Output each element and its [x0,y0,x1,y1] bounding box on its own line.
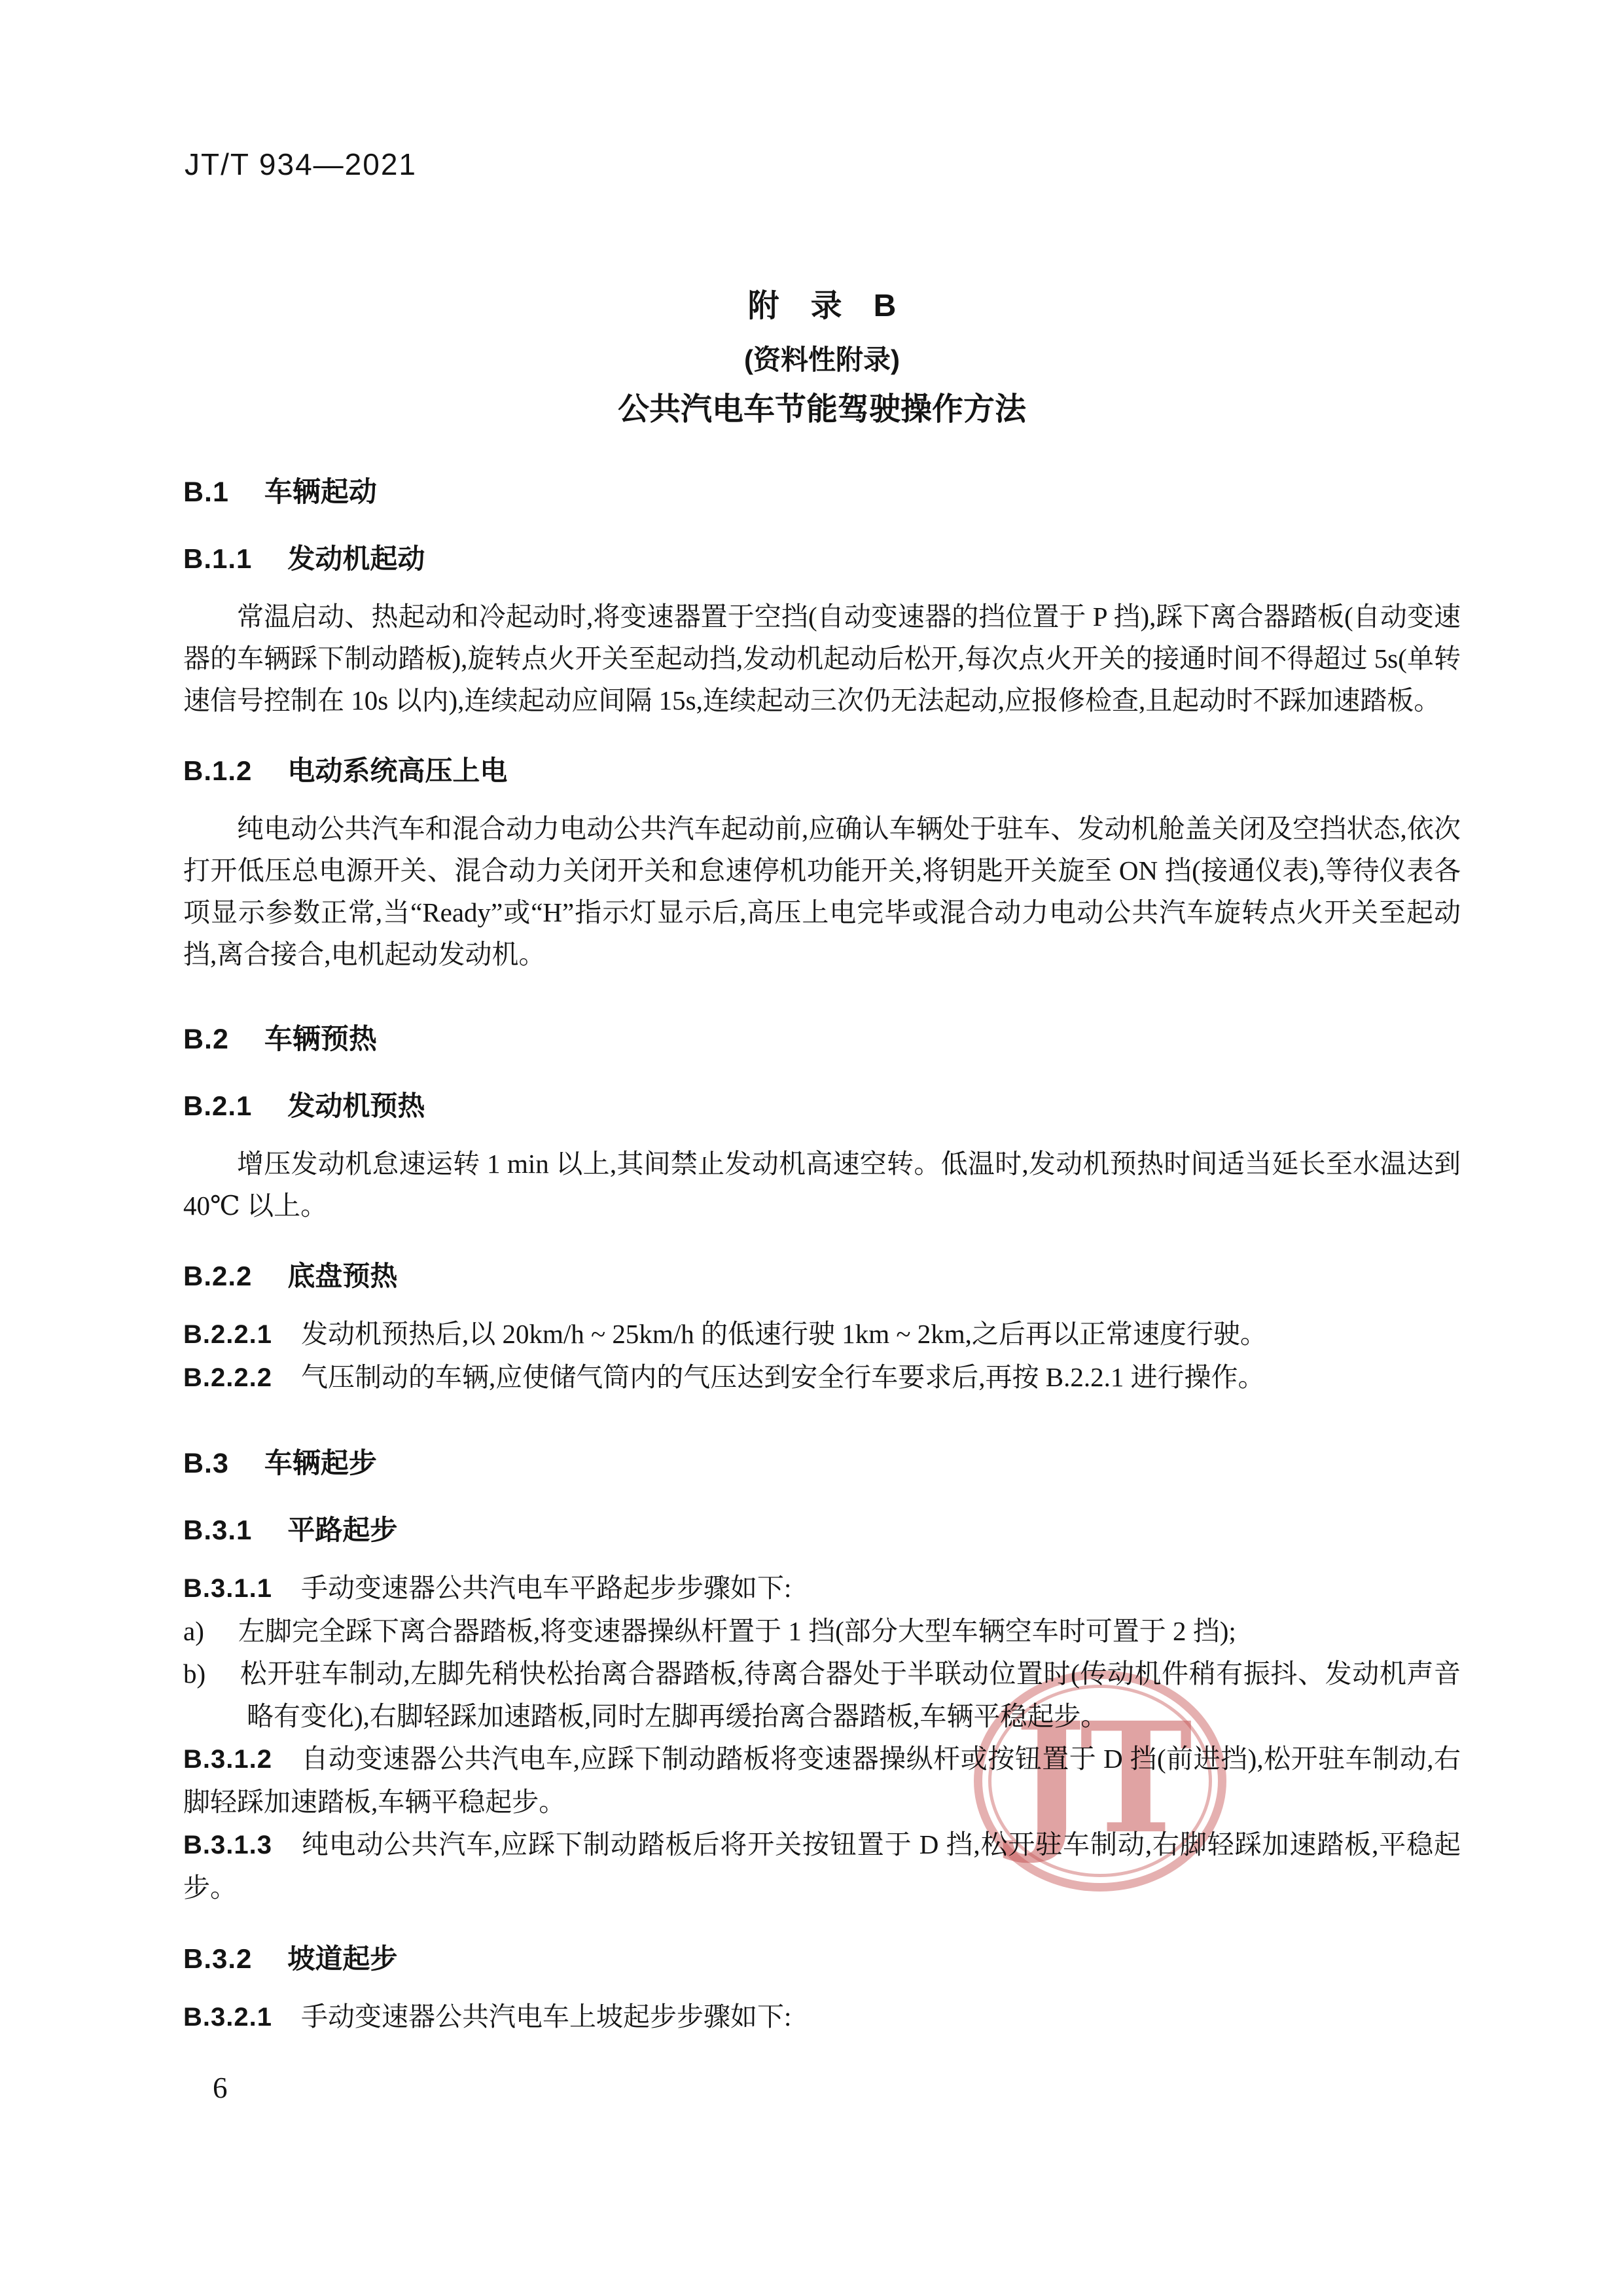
clause-block-b3-2: B.3.2.1手动变速器公共汽电车上坡起步步骤如下: [183,1996,1461,2039]
heading-b3-2-title: 坡道起步 [287,1943,397,1974]
clause-b3-1-2-text: 自动变速器公共汽电车,应踩下制动踏板将变速器操纵杆或按钮置于 D 挡(前进挡),… [183,1744,1461,1817]
heading-b2-1-title: 发动机预热 [287,1090,425,1121]
paragraph-b1-2: 纯电动公共汽车和混合动力电动公共汽车起动前,应确认车辆处于驻车、发动机舱盖关闭及… [183,808,1461,975]
clause-b2-2-2-number: B.2.2.2 [183,1363,272,1392]
paragraph-b2-1: 增压发动机怠速运转 1 min 以上,其间禁止发动机高速空转。低温时,发动机预热… [183,1143,1461,1227]
clause-b3-1-1: B.3.1.1手动变速器公共汽电车平路起步步骤如下: [183,1567,1461,1610]
appendix-subject: 公共汽电车节能驾驶操作方法 [183,391,1461,428]
clause-b3-1-2: B.3.1.2自动变速器公共汽电车,应踩下制动踏板将变速器操纵杆或按钮置于 D … [183,1738,1461,1823]
clause-b3-1-1-text: 手动变速器公共汽电车平路起步步骤如下: [301,1573,791,1603]
heading-b1-1-number: B.1.1 [183,543,252,574]
heading-b3-2-number: B.3.2 [183,1943,252,1974]
clause-block-b2-2: B.2.2.1发动机预热后,以 20km/h ~ 25km/h 的低速行驶 1k… [183,1313,1461,1399]
heading-b3-1-number: B.3.1 [183,1515,252,1545]
appendix-title-block: 附 录 B (资料性附录) 公共汽电车节能驾驶操作方法 [183,288,1461,428]
clause-b3-2-1: B.3.2.1手动变速器公共汽电车上坡起步步骤如下: [183,1996,1461,2039]
heading-b2: B.2车辆预热 [183,1022,1461,1056]
clause-b3-1-2-number: B.3.1.2 [183,1745,272,1774]
heading-b1-title: 车辆起动 [264,476,377,508]
list-item-b: b)松开驻车制动,左脚先稍快松抬离合器踏板,待离合器处于半联动位置时(传动机件稍… [183,1653,1461,1738]
heading-b2-2-title: 底盘预热 [287,1261,397,1291]
clause-b2-2-1-number: B.2.2.1 [183,1320,272,1349]
document-page: JT/T 934—2021 附 录 B (资料性附录) 公共汽电车节能驾驶操作方… [0,0,1623,2296]
paragraph-b1-1: 常温启动、热起动和冷起动时,将变速器置于空挡(自动变速器的挡位置于 P 挡),踩… [183,596,1461,721]
clause-b2-2-1: B.2.2.1发动机预热后,以 20km/h ~ 25km/h 的低速行驶 1k… [183,1313,1461,1356]
clause-b3-1-3-number: B.3.1.3 [183,1831,272,1859]
list-item-a-marker: a) [183,1616,204,1646]
heading-b3-1-title: 平路起步 [287,1515,397,1545]
list-item-b-text: 松开驻车制动,左脚先稍快松抬离合器踏板,待离合器处于半联动位置时(传动机件稍有振… [240,1659,1461,1731]
clause-b3-2-1-number: B.3.2.1 [183,2003,272,2032]
heading-b1-number: B.1 [183,476,229,508]
clause-b3-1-3: B.3.1.3纯电动公共汽车,应踩下制动踏板后将开关按钮置于 D 挡,松开驻车制… [183,1823,1461,1909]
heading-b1-2: B.1.2电动系统高压上电 [183,754,1461,788]
heading-b1-1-title: 发动机起动 [287,543,425,574]
heading-b2-1: B.2.1发动机预热 [183,1089,1461,1123]
list-item-a-text: 左脚完全踩下离合器踏板,将变速器操纵杆置于 1 挡(部分大型车辆空车时可置于 2… [238,1616,1236,1646]
clause-b2-2-2-text: 气压制动的车辆,应使储气筒内的气压达到安全行车要求后,再按 B.2.2.1 进行… [301,1362,1265,1392]
page-content: 附 录 B (资料性附录) 公共汽电车节能驾驶操作方法 B.1车辆起动 B.1.… [183,0,1461,2039]
heading-b1-1: B.1.1发动机起动 [183,542,1461,576]
clause-block-b3-1: B.3.1.1手动变速器公共汽电车平路起步步骤如下: a)左脚完全踩下离合器踏板… [183,1567,1461,1909]
heading-b2-2-number: B.2.2 [183,1261,252,1291]
clause-b3-2-1-text: 手动变速器公共汽电车上坡起步步骤如下: [301,2001,791,2032]
heading-b1-2-title: 电动系统高压上电 [287,755,507,786]
appendix-note: (资料性附录) [183,342,1461,378]
clause-b2-2-1-text: 发动机预热后,以 20km/h ~ 25km/h 的低速行驶 1km ~ 2km… [301,1319,1267,1349]
appendix-title: 附 录 B [183,288,1461,325]
heading-b3: B.3车辆起步 [183,1446,1461,1480]
heading-b3-1: B.3.1平路起步 [183,1513,1461,1547]
heading-b3-number: B.3 [183,1448,229,1479]
heading-b1: B.1车辆起动 [183,475,1461,509]
heading-b1-2-number: B.1.2 [183,755,252,786]
heading-b2-title: 车辆预热 [264,1024,377,1055]
heading-b2-number: B.2 [183,1024,229,1055]
page-number: 6 [213,2071,228,2105]
heading-b2-1-number: B.2.1 [183,1090,252,1121]
heading-b2-2: B.2.2底盘预热 [183,1259,1461,1293]
list-item-b-marker: b) [183,1659,205,1689]
clause-b2-2-2: B.2.2.2气压制动的车辆,应使储气筒内的气压达到安全行车要求后,再按 B.2… [183,1356,1461,1399]
clause-b3-1-3-text: 纯电动公共汽车,应踩下制动踏板后将开关按钮置于 D 挡,松开驻车制动,右脚轻踩加… [183,1829,1461,1903]
heading-b3-2: B.3.2坡道起步 [183,1942,1461,1976]
heading-b3-title: 车辆起步 [264,1448,377,1479]
clause-b3-1-1-number: B.3.1.1 [183,1574,272,1603]
list-item-a: a)左脚完全踩下离合器踏板,将变速器操纵杆置于 1 挡(部分大型车辆空车时可置于… [183,1610,1461,1653]
